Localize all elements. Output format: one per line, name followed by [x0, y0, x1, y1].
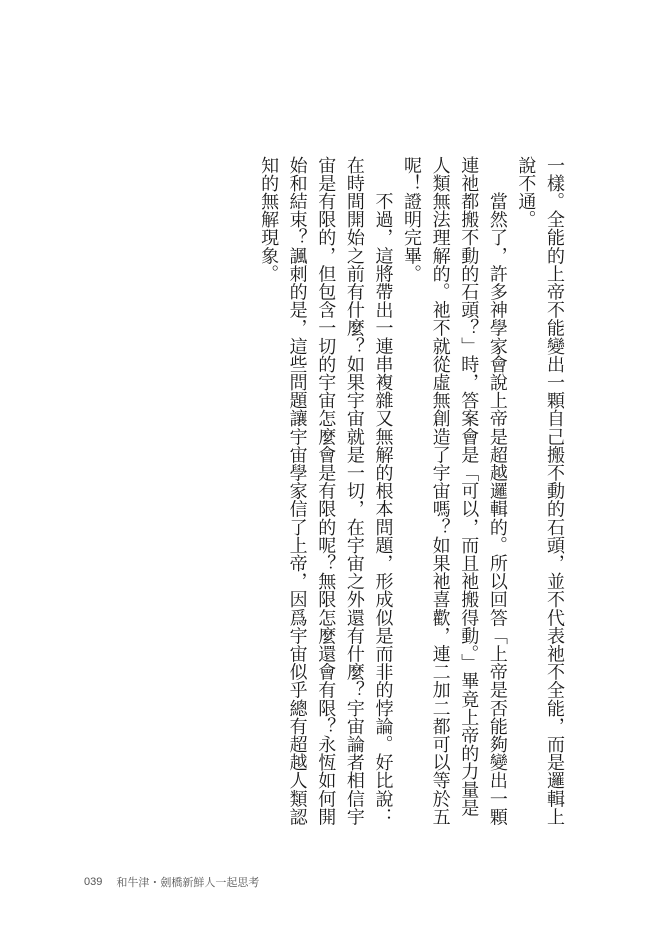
text-column-10: 始和結束？諷刺的是，這些問題讓宇宙學家信了上帝，因爲宇宙似乎總有超越人類認: [288, 156, 306, 836]
text-column-4: 連祂都搬不動的石頭？」時，答案會是「可以，而且祂搬得動。」畢竟上帝的力量是: [459, 156, 477, 836]
book-title: 和牛津・劍橋新鮮人一起思考: [116, 874, 259, 890]
text-column-3: 當然了，許多神學家會說上帝是超越邏輯的。所以回答「上帝是否能夠變出一顆: [488, 156, 506, 836]
text-column-2: 說不通。: [516, 156, 534, 836]
page-footer: 039 和牛津・劍橋新鮮人一起思考: [84, 874, 259, 890]
vertical-text-body: 一樣。全能的上帝不能變出一顆自己搬不動的石頭，並不代表祂不全能，而是邏輯上 說不…: [259, 156, 563, 836]
page-number: 039: [84, 876, 102, 888]
text-column-8: 在時間開始之前有什麼？如果宇宙就是一切，在宇宙之外還有什麼？宇宙論者相信宇: [345, 156, 363, 836]
text-column-1: 一樣。全能的上帝不能變出一顆自己搬不動的石頭，並不代表祂不全能，而是邏輯上: [545, 156, 563, 836]
text-column-5: 人類無法理解的。祂不就從虛無創造了宇宙嗎？如果祂喜歡，連二加二都可以等於五: [431, 156, 449, 836]
text-column-6: 呢！證明完畢。: [402, 156, 420, 836]
text-column-11: 知的無解現象。: [259, 156, 277, 836]
text-column-9: 宙是有限的，但包含一切的宇宙怎麼會是有限的呢？無限怎麼還會有限？永恆如何開: [316, 156, 334, 836]
text-column-7: 不過，這將帶出一連串複雜又無解的根本問題，形成似是而非的悖論。好比說：: [373, 156, 391, 836]
book-page: 一樣。全能的上帝不能變出一顆自己搬不動的石頭，並不代表祂不全能，而是邏輯上 說不…: [0, 0, 663, 932]
